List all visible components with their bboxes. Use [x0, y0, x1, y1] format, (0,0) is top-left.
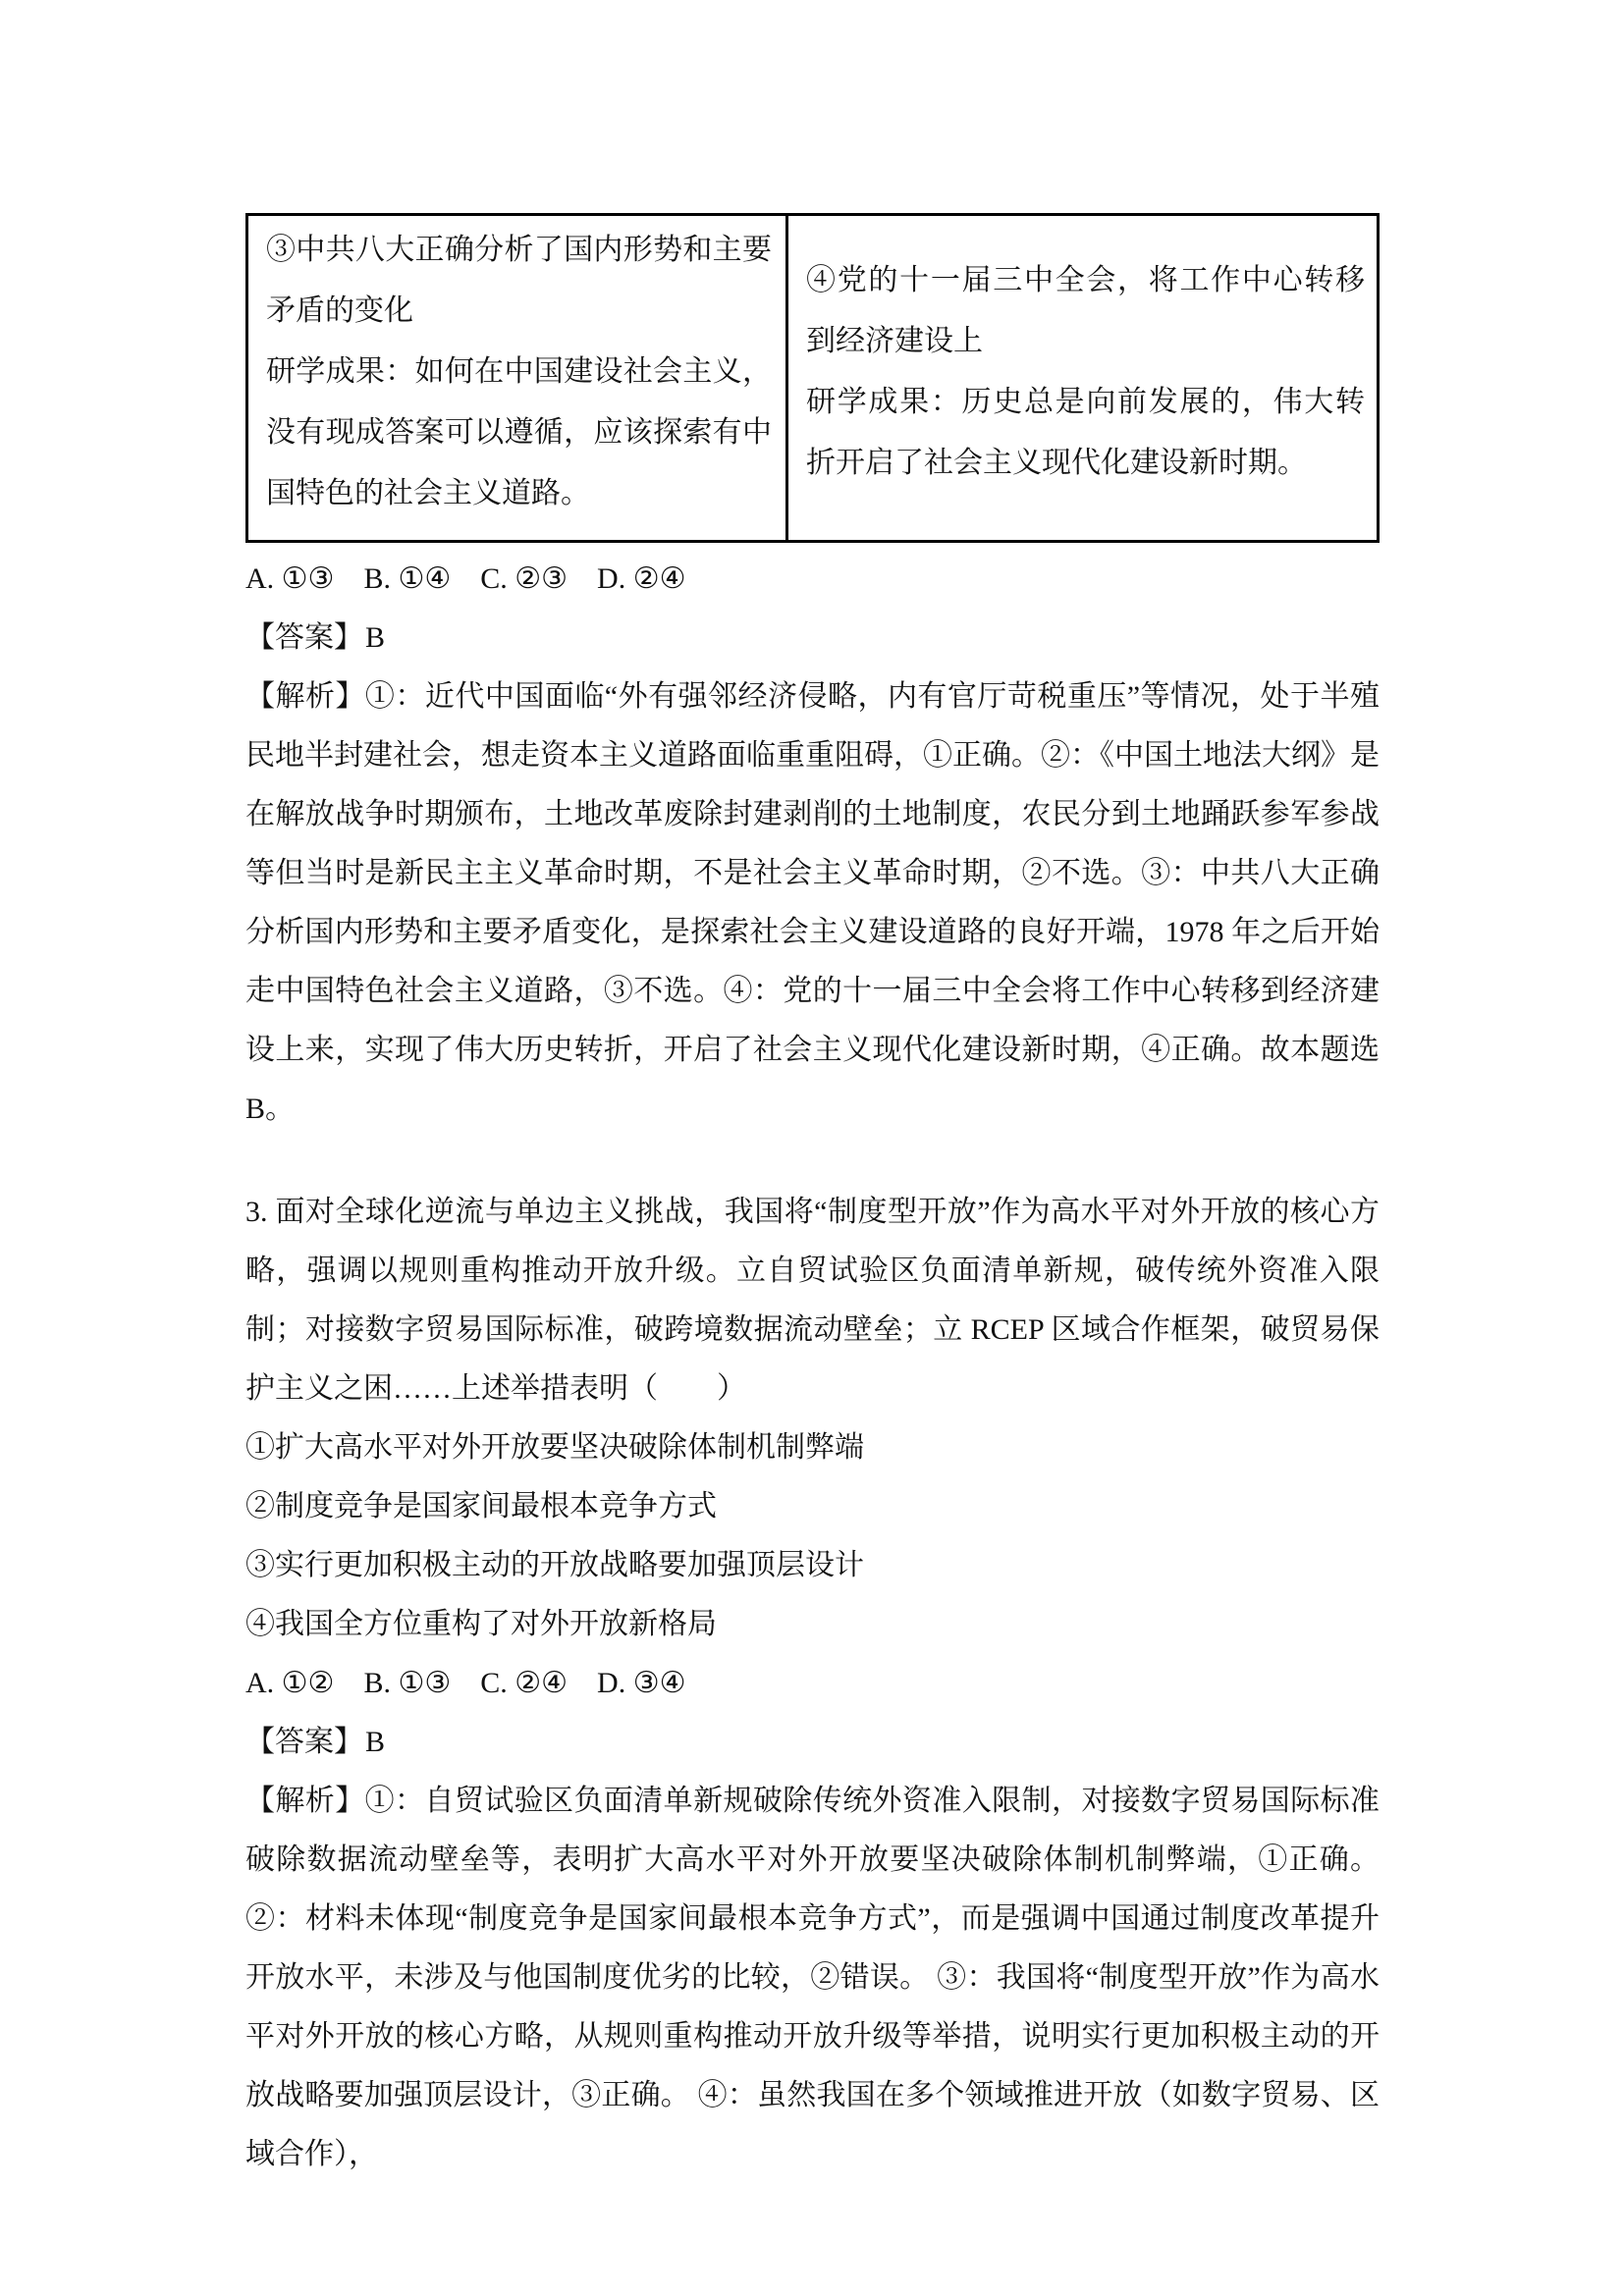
table-cell-option4-statement: ④党的十一届三中全会，将工作中心转移到经济建设上	[806, 250, 1365, 372]
document-page: ③中共八大正确分析了国内形势和主要矛盾的变化 研学成果：如何在中国建设社会主义，…	[0, 0, 1624, 2296]
table-cell-option4-finding: 研学成果：历史总是向前发展的，伟大转折开启了社会主义现代化建设新时期。	[806, 372, 1365, 494]
table-cell-option3-statement: ③中共八大正确分析了国内形势和主要矛盾的变化	[266, 220, 772, 342]
q3-analysis-paragraph: 【解析】①：自贸试验区负面清单新规破除传统外资准入限制，对接数字贸易国际标准破除…	[245, 1772, 1380, 2184]
table-cell-option3: ③中共八大正确分析了国内形势和主要矛盾的变化 研学成果：如何在中国建设社会主义，…	[248, 216, 788, 540]
q3-option-4: ④我国全方位重构了对外开放新格局	[245, 1595, 1380, 1654]
q3-answer-label: 【答案】	[245, 1726, 363, 1758]
q2-answer-line: 【答案】B	[245, 609, 1380, 667]
q3-answer-value: B	[363, 1726, 385, 1758]
q3-stem: 3. 面对全球化逆流与单边主义挑战，我国将“制度型开放”作为高水平对外开放的核心…	[245, 1183, 1380, 1418]
table-cell-option4: ④党的十一届三中全会，将工作中心转移到经济建设上 研学成果：历史总是向前发展的，…	[788, 216, 1377, 540]
question3-block: 3. 面对全球化逆流与单边主义挑战，我国将“制度型开放”作为高水平对外开放的核心…	[245, 1183, 1380, 2184]
q2-choices-line: A. ①③ B. ①④ C. ②③ D. ②④	[245, 550, 1380, 609]
q3-choices-line: A. ①② B. ①③ C. ②④ D. ③④	[245, 1654, 1380, 1713]
q3-option-3: ③实行更加积极主动的开放战略要加强顶层设计	[245, 1536, 1380, 1595]
q2-analysis-paragraph: 【解析】①：近代中国面临“外有强邻经济侵略，内有官厅苛税重压”等情况，处于半殖民…	[245, 667, 1380, 1139]
question2-block: ③中共八大正确分析了国内形势和主要矛盾的变化 研学成果：如何在中国建设社会主义，…	[245, 213, 1380, 1139]
q2-answer-value: B	[363, 621, 385, 654]
q2-answer-label: 【答案】	[245, 621, 363, 654]
q3-option-1: ①扩大高水平对外开放要坚决破除体制机制弊端	[245, 1418, 1380, 1477]
table-cell-option3-finding: 研学成果：如何在中国建设社会主义，没有现成答案可以遵循，应该探索有中国特色的社会…	[266, 342, 772, 524]
comparison-table: ③中共八大正确分析了国内形势和主要矛盾的变化 研学成果：如何在中国建设社会主义，…	[245, 213, 1380, 543]
q3-answer-line: 【答案】B	[245, 1713, 1380, 1772]
q3-option-2: ②制度竞争是国家间最根本竞争方式	[245, 1477, 1380, 1536]
